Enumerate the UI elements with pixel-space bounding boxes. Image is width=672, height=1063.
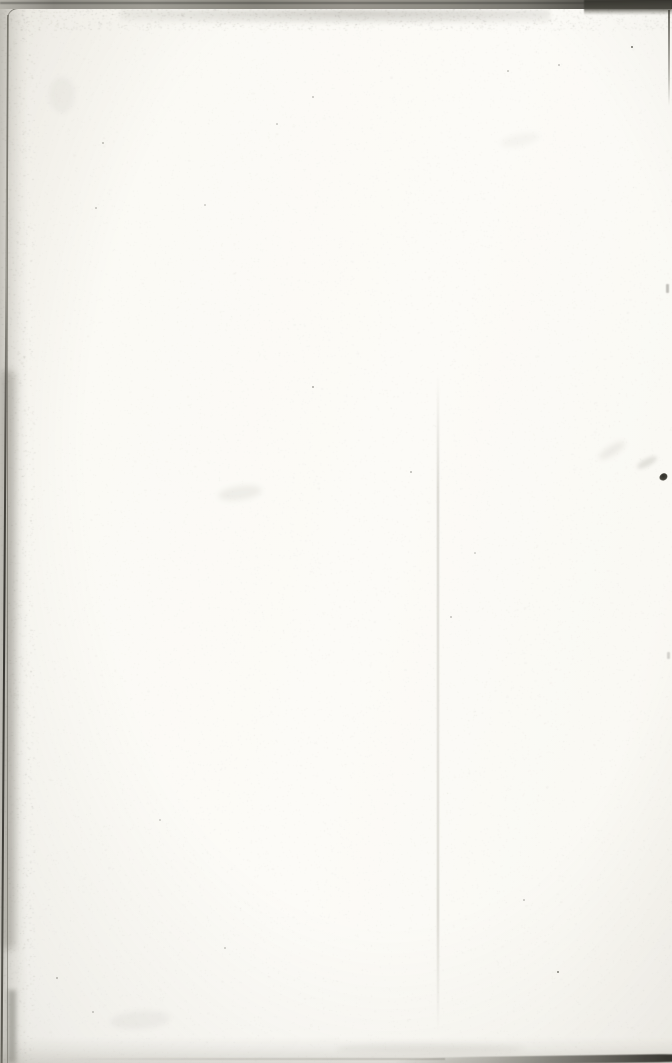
scanned-page bbox=[0, 0, 672, 1063]
vignette-overlay bbox=[0, 0, 672, 1063]
